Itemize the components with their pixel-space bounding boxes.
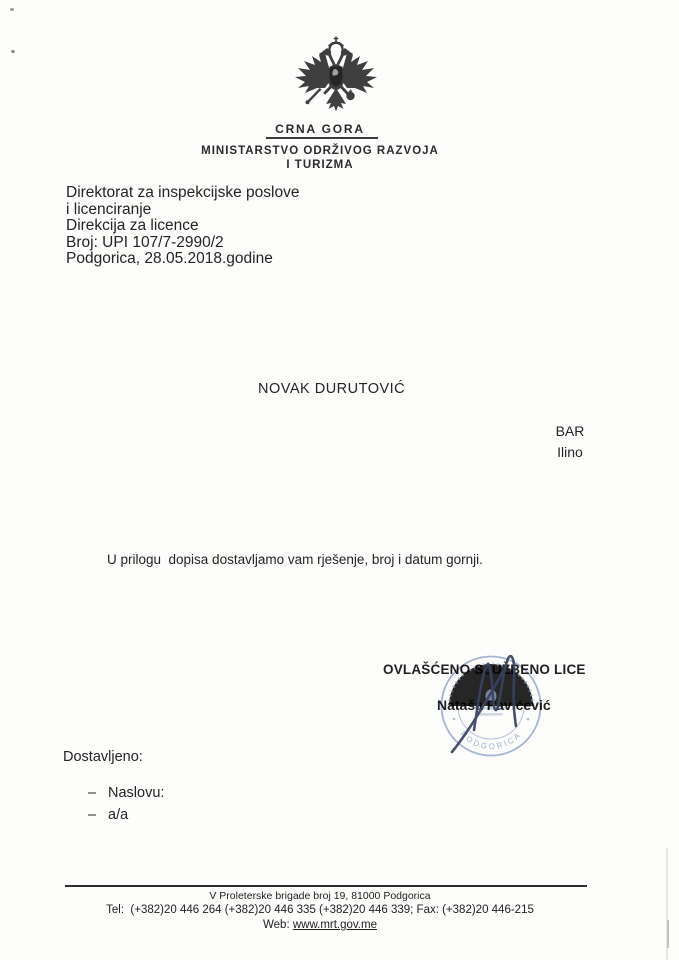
delivery-label: Dostavljeno: bbox=[63, 749, 143, 765]
recipient-location: BAR Ilino bbox=[510, 421, 630, 463]
footer-tel-fax: Tel: (+382)20 446 264 (+382)20 446 335 (… bbox=[30, 903, 610, 918]
delivery-item: –Naslovu: bbox=[88, 782, 164, 804]
montenegro-coat-of-arms-icon bbox=[286, 36, 386, 116]
scan-artifact bbox=[11, 50, 15, 53]
sender-direction: Direkcija za licence bbox=[66, 218, 299, 235]
sender-directorate: Direktorat za inspekcijske poslove bbox=[66, 185, 299, 202]
recipient-name: NOVAK DURUTOVIĆ bbox=[258, 381, 405, 397]
ministry-name-line2: I TURIZMA bbox=[15, 159, 625, 171]
delivery-item: –a/a bbox=[88, 804, 164, 826]
footer-web: Web: www.mrt.gov.me bbox=[30, 918, 610, 933]
sender-directorate-cont: i licenciranje bbox=[66, 202, 299, 219]
scan-artifact bbox=[667, 920, 669, 948]
handwritten-signature bbox=[425, 638, 555, 768]
scan-artifact bbox=[10, 8, 14, 11]
delivery-list: –Naslovu: –a/a bbox=[88, 782, 164, 826]
sender-block: Direktorat za inspekcijske poslove i lic… bbox=[66, 185, 299, 268]
list-dash: – bbox=[88, 804, 108, 826]
recipient-place: Ilino bbox=[510, 442, 630, 463]
recipient-city: BAR bbox=[510, 421, 630, 442]
delivery-item-label: a/a bbox=[108, 807, 128, 823]
country-name: CRNA GORA bbox=[15, 122, 625, 136]
delivery-item-label: Naslovu: bbox=[108, 785, 164, 801]
list-dash: – bbox=[88, 782, 108, 804]
place-and-date: Podgorica, 28.05.2018.godine bbox=[66, 251, 299, 268]
body-text: U prilogu dopisa dostavljamo vam rješenj… bbox=[107, 552, 483, 567]
header-divider bbox=[266, 137, 378, 139]
reference-number: Broj: UPI 107/7-2990/2 bbox=[66, 235, 299, 252]
ministry-name-line1: MINISTARSTVO ODRŽIVOG RAZVOJA bbox=[15, 145, 625, 157]
footer-web-url[interactable]: www.mrt.gov.me bbox=[293, 919, 377, 931]
footer-divider bbox=[65, 885, 587, 887]
footer-address: V Proleterske brigade broj 19, 81000 Pod… bbox=[30, 890, 610, 903]
footer: V Proleterske brigade broj 19, 81000 Pod… bbox=[30, 890, 610, 933]
scanned-letter-page: CRNA GORA MINISTARSTVO ODRŽIVOG RAZVOJA … bbox=[0, 0, 679, 960]
footer-web-label: Web: bbox=[263, 919, 290, 931]
